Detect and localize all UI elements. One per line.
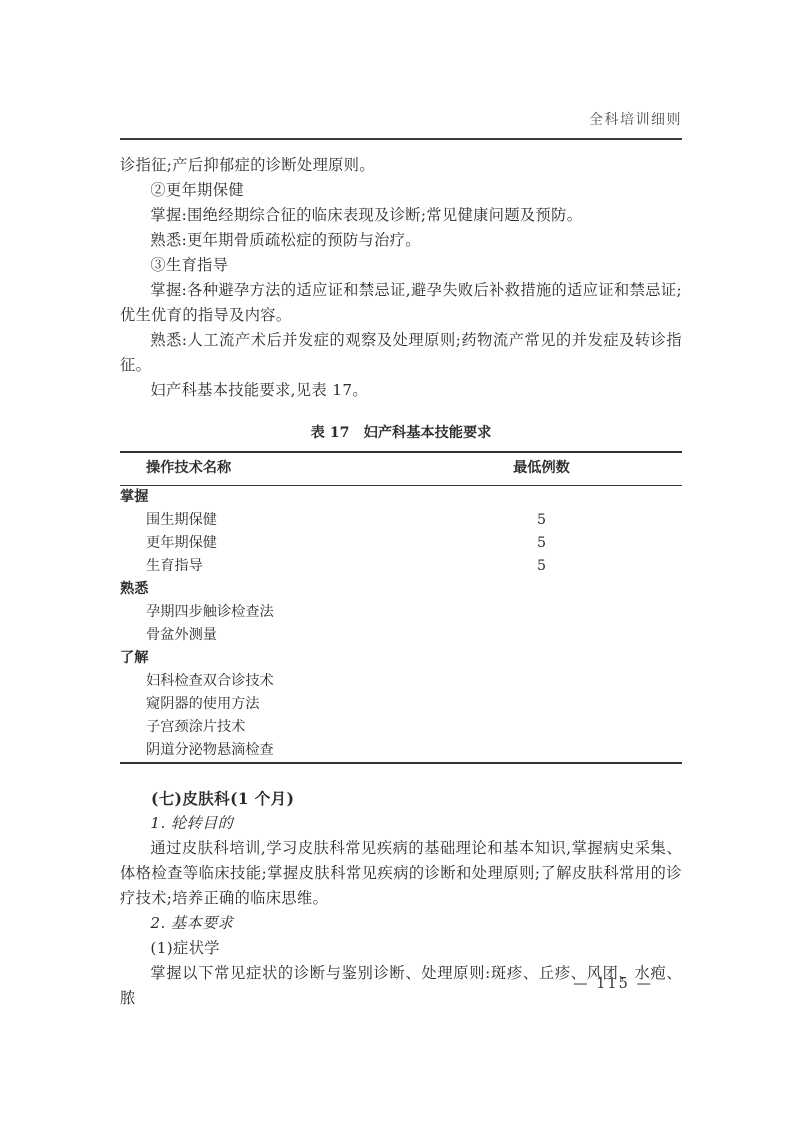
row-value [401, 624, 682, 647]
row-label: 孕期四步触诊检查法 [120, 601, 401, 624]
body-paragraph: 掌握:各种避孕方法的适应证和禁忌证,避孕失败后补救措施的适应证和禁忌证;优生优育… [120, 278, 682, 328]
page-content: 全科培训细则 诊指征;产后抑郁症的诊断处理原则。 ②更年期保健 掌握:围绝经期综… [120, 0, 682, 1011]
column-header-min-cases: 最低例数 [401, 452, 682, 486]
table-row: 更年期保健 5 [120, 532, 682, 555]
table-header-row: 操作技术名称 最低例数 [120, 452, 682, 486]
row-value [401, 670, 682, 693]
header-rule-divider [120, 138, 682, 140]
row-label: 阴道分泌物悬滴检查 [120, 739, 401, 763]
body-paragraph: 熟悉:更年期骨质疏松症的预防与治疗。 [120, 228, 682, 253]
skills-table-section: 表 17 妇产科基本技能要求 操作技术名称 最低例数 掌握 围生期保健 [120, 423, 682, 764]
row-label: 生育指导 [120, 555, 401, 578]
page-number: — 115 — [573, 976, 653, 992]
body-paragraph: 妇产科基本技能要求,见表 17。 [120, 378, 682, 403]
running-header: 全科培训细则 [120, 0, 682, 129]
row-label: 窥阴器的使用方法 [120, 693, 401, 716]
row-value [401, 693, 682, 716]
skills-table: 操作技术名称 最低例数 掌握 围生期保健 5 更年期保健 5 [120, 451, 682, 764]
section-subheading: 2. 基本要求 [120, 911, 682, 936]
section-subheading: (1)症状学 [120, 936, 682, 961]
table-row: 围生期保健 5 [120, 509, 682, 532]
body-paragraph: ③生育指导 [120, 253, 682, 278]
section-subheading: 1. 轮转目的 [120, 811, 682, 836]
row-value [401, 578, 682, 601]
body-paragraph: 通过皮肤科培训,学习皮肤科常见疾病的基础理论和基本知识,掌握病史采集、体格检查等… [120, 836, 682, 911]
table-row: 掌握 [120, 486, 682, 510]
table-row: 窥阴器的使用方法 [120, 693, 682, 716]
row-label: 掌握 [120, 486, 401, 510]
body-paragraph: 掌握:围绝经期综合征的临床表现及诊断;常见健康问题及预防。 [120, 203, 682, 228]
row-value [401, 486, 682, 510]
row-label: 骨盆外测量 [120, 624, 401, 647]
row-label: 子宫颈涂片技术 [120, 716, 401, 739]
body-paragraph: 诊指征;产后抑郁症的诊断处理原则。 [120, 153, 682, 178]
table-row: 阴道分泌物悬滴检查 [120, 739, 682, 763]
document-page: 全科培训细则 诊指征;产后抑郁症的诊断处理原则。 ②更年期保健 掌握:围绝经期综… [0, 0, 800, 1131]
row-label: 更年期保健 [120, 532, 401, 555]
row-label: 了解 [120, 647, 401, 670]
row-value: 5 [401, 532, 682, 555]
section-heading: (七)皮肤科(1 个月) [120, 786, 682, 811]
table-row: 熟悉 [120, 578, 682, 601]
body-paragraph: 熟悉:人工流产术后并发症的观察及处理原则;药物流产常见的并发症及转诊指征。 [120, 328, 682, 378]
row-label: 妇科检查双合诊技术 [120, 670, 401, 693]
row-label: 熟悉 [120, 578, 401, 601]
row-value [401, 647, 682, 670]
row-value: 5 [401, 509, 682, 532]
row-value: 5 [401, 555, 682, 578]
row-value [401, 716, 682, 739]
body-paragraph: ②更年期保健 [120, 178, 682, 203]
table-row: 了解 [120, 647, 682, 670]
row-value [401, 601, 682, 624]
table-row: 孕期四步触诊检查法 [120, 601, 682, 624]
row-label: 围生期保健 [120, 509, 401, 532]
column-header-name: 操作技术名称 [120, 452, 401, 486]
table-row: 生育指导 5 [120, 555, 682, 578]
table-caption: 表 17 妇产科基本技能要求 [120, 423, 682, 443]
body-text-section: 诊指征;产后抑郁症的诊断处理原则。 ②更年期保健 掌握:围绝经期综合征的临床表现… [120, 153, 682, 403]
row-value [401, 739, 682, 763]
table-row: 子宫颈涂片技术 [120, 716, 682, 739]
table-row: 骨盆外测量 [120, 624, 682, 647]
table-row: 妇科检查双合诊技术 [120, 670, 682, 693]
